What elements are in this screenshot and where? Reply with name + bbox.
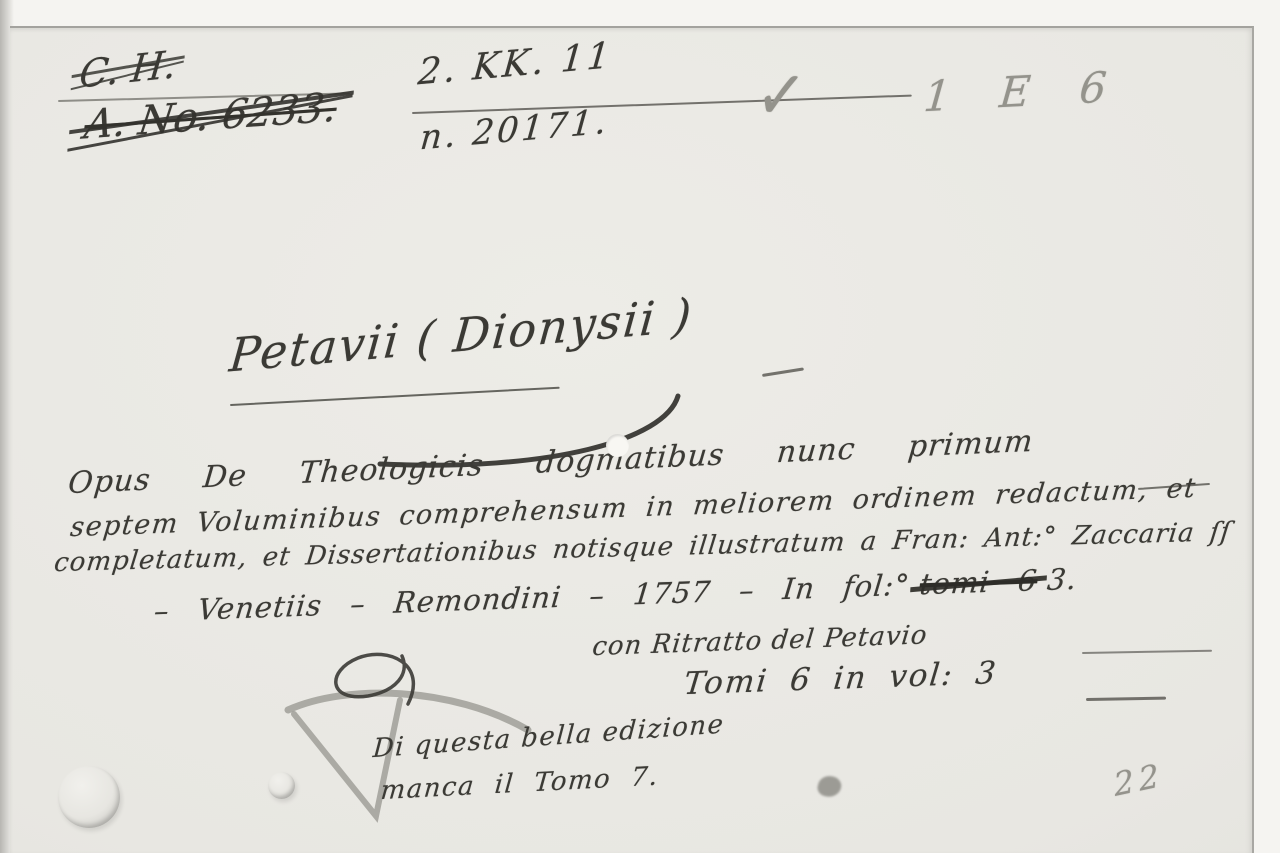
pencil-code: 1 E 6 xyxy=(922,61,1127,121)
ink-stroke xyxy=(1082,650,1212,654)
ink-stroke xyxy=(1086,697,1166,701)
portrait-note: con Ritratto del Petavio xyxy=(591,620,929,662)
volumes-line: Tomi 6 in vol: 3 xyxy=(682,655,999,702)
imprint-struck-text: tomi 6 xyxy=(918,563,1039,601)
scanned-card: C. H. A. No. 6233. 2. KK. 11 n. 20171. ✓… xyxy=(0,0,1280,853)
imprint-suffix: 3. xyxy=(1046,562,1079,597)
catalog-card: C. H. A. No. 6233. 2. KK. 11 n. 20171. ✓… xyxy=(10,26,1254,853)
ink-smudge xyxy=(816,773,844,799)
check-mark-icon: ✓ xyxy=(752,50,811,140)
old-shelfmark-line2-text: A. No. 6233. xyxy=(81,84,340,148)
paper-hole-spot xyxy=(606,434,629,457)
old-shelfmark-line1: C. H. xyxy=(77,42,178,97)
pencil-page-number: 22 xyxy=(1112,755,1166,804)
old-shelfmark-line2: A. No. 6233. xyxy=(81,84,340,148)
punch-hole-small xyxy=(268,772,295,799)
ink-stroke xyxy=(762,367,804,377)
shelfmark-line1: 2. KK. 11 xyxy=(416,35,614,93)
ink-loop-flourish xyxy=(298,644,438,744)
punch-hole-large xyxy=(58,766,120,828)
old-shelfmark-line1-text: C. H. xyxy=(77,42,178,97)
ink-stroke xyxy=(412,95,912,114)
imprint-prefix: – Venetiis – Remondini – 1757 – In fol:° xyxy=(152,568,911,629)
